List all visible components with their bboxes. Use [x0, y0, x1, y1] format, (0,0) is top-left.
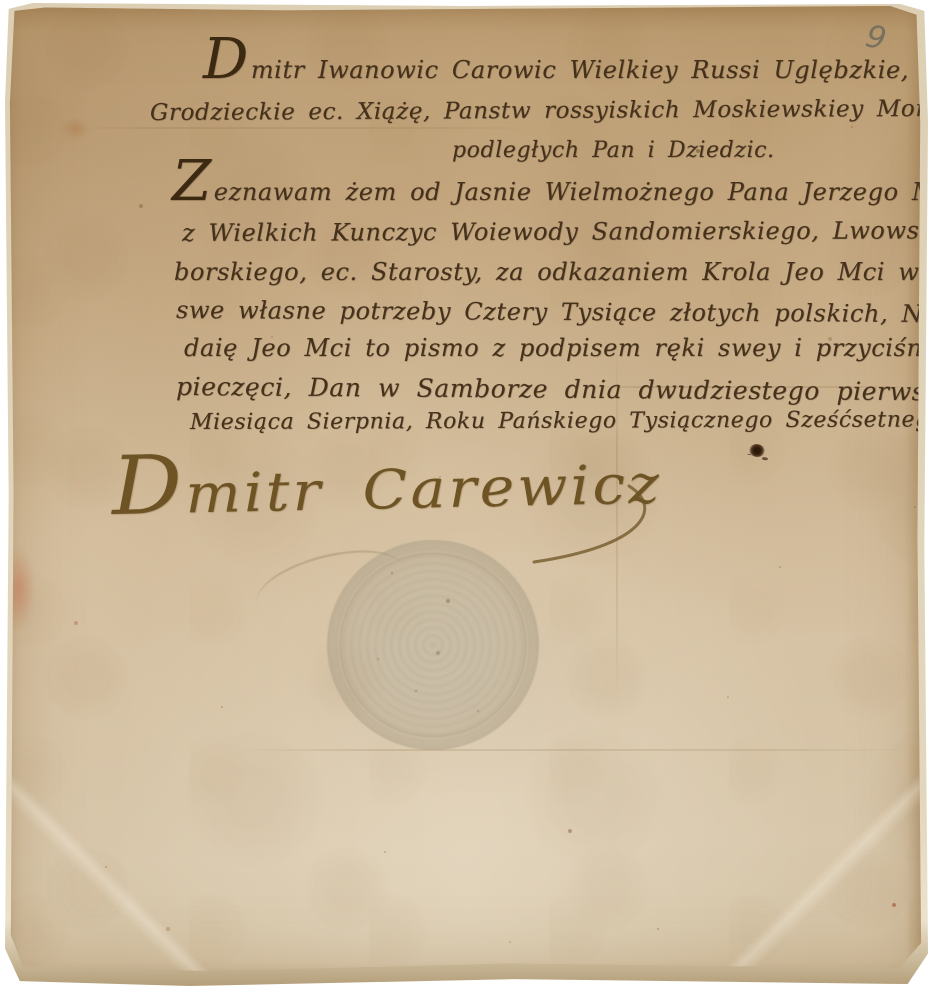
- manuscript-line-10: Miesiąca Sierpnia, Roku Pańskiego Tysiąc…: [190, 407, 935, 435]
- manuscript-line-4: Zeznawam żem od Jasnie Wielmożnego Pana …: [172, 178, 935, 206]
- corner-crease-bottom-right: [712, 764, 935, 994]
- fold-crease-horizontal-lower: [239, 749, 919, 751]
- signature: Dmitr Carewicz: [111, 452, 663, 527]
- seal-specks: [327, 540, 329, 542]
- ink-blot: [748, 443, 766, 458]
- fold-crease-horizontal-upper: [69, 127, 539, 129]
- red-stain: [1, 546, 35, 632]
- manuscript-line-6: borskiego, ec. Starosty, za odkazaniem K…: [174, 258, 935, 286]
- manuscript-line-8: daię Jeo Mci to pismo z podpisem ręki sw…: [184, 334, 935, 362]
- manuscript-line-3: podległych Pan i Dziedzic.: [452, 138, 775, 163]
- manuscript-line-5: z Wielkich Kunczyc Woiewody Sandomierski…: [182, 216, 935, 247]
- manuscript-line-2: Grodzieckie ec. Xiążę, Panstw rossyiskic…: [150, 95, 935, 126]
- corner-crease-bottom-left: [0, 764, 219, 994]
- foxing-specks: [9, 6, 11, 8]
- manuscript-line-9: pieczęci, Dan w Samborze dnia dwudzieste…: [176, 372, 935, 407]
- manuscript-paper: Dmitr Iwanowic Carowic Wielkiey Russi Ug…: [9, 6, 922, 974]
- rust-stain: [61, 118, 89, 140]
- manuscript-line-7: swe własne potrzeby Cztery Tysiące złoty…: [176, 296, 935, 328]
- paper-shading-top: [9, 6, 922, 32]
- scan-background: Dmitr Iwanowic Carowic Wielkiey Russi Ug…: [0, 0, 935, 1000]
- manuscript-line-1: Dmitr Iwanowic Carowic Wielkiey Russi Ug…: [203, 56, 935, 84]
